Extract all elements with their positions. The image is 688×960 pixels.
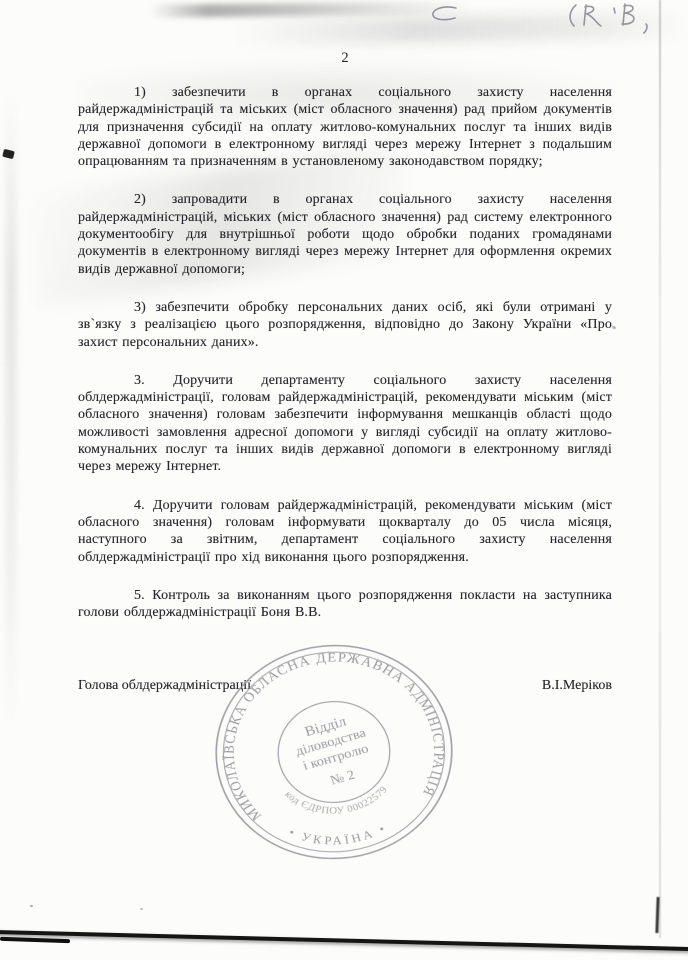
pen-stroke xyxy=(622,4,647,33)
stamp-center-line-4: № 2 xyxy=(328,767,356,787)
pen-marks-drawing xyxy=(418,0,668,36)
scan-smudge xyxy=(5,90,17,730)
scanned-document-page: 2 1) забезпечити в органах соціального з… xyxy=(0,0,688,960)
svg-text:• УКРАЇНА •: • УКРАЇНА • xyxy=(286,820,391,849)
signatory-name: В.І.Меріков xyxy=(542,678,612,694)
handwritten-pen-marks xyxy=(418,0,668,36)
document-body: 1) забезпечити в органах соціального зах… xyxy=(78,84,612,642)
svg-text:код ЄДРПОУ 00022579: код ЄДРПОУ 00022579 xyxy=(282,784,392,819)
scan-speck xyxy=(612,325,617,330)
pen-stroke xyxy=(570,5,576,26)
pen-stroke xyxy=(614,8,615,13)
scan-edge-mark xyxy=(2,149,15,159)
scan-speck xyxy=(30,905,33,907)
paragraph-subitem-1: 1) забезпечити в органах соціального зах… xyxy=(78,84,612,170)
scan-speck xyxy=(140,908,143,910)
official-round-stamp: МИКОЛАЇВСЬКА ОБЛАСНА ДЕРЖАВНА АДМІНІСТРА… xyxy=(204,634,463,871)
pen-stroke xyxy=(433,7,456,20)
paper-crease xyxy=(659,0,661,938)
paper-bottom-edge xyxy=(0,930,688,951)
stamp-edrpou-text: код ЄДРПОУ 00022579 xyxy=(282,784,392,819)
pen-stroke xyxy=(584,5,601,26)
paragraph-item-4: 4. Доручити головам райдержадміністрацій… xyxy=(78,497,612,566)
paragraph-item-5: 5. Контроль за виконанням цього розпоряд… xyxy=(78,587,612,622)
paper-bottom-edge xyxy=(0,937,70,943)
paragraph-subitem-3: 3) забезпечити обробку персональних дани… xyxy=(78,299,612,351)
paragraph-subitem-2: 2) запровадити в органах соціального зах… xyxy=(78,191,612,277)
paragraph-item-3: 3. Доручити департаменту соціального зах… xyxy=(78,372,612,476)
page-number: 2 xyxy=(78,50,612,67)
stamp-country-text: • УКРАЇНА • xyxy=(286,820,391,849)
stamp-drawing: МИКОЛАЇВСЬКА ОБЛАСНА ДЕРЖАВНА АДМІНІСТРА… xyxy=(204,634,463,871)
